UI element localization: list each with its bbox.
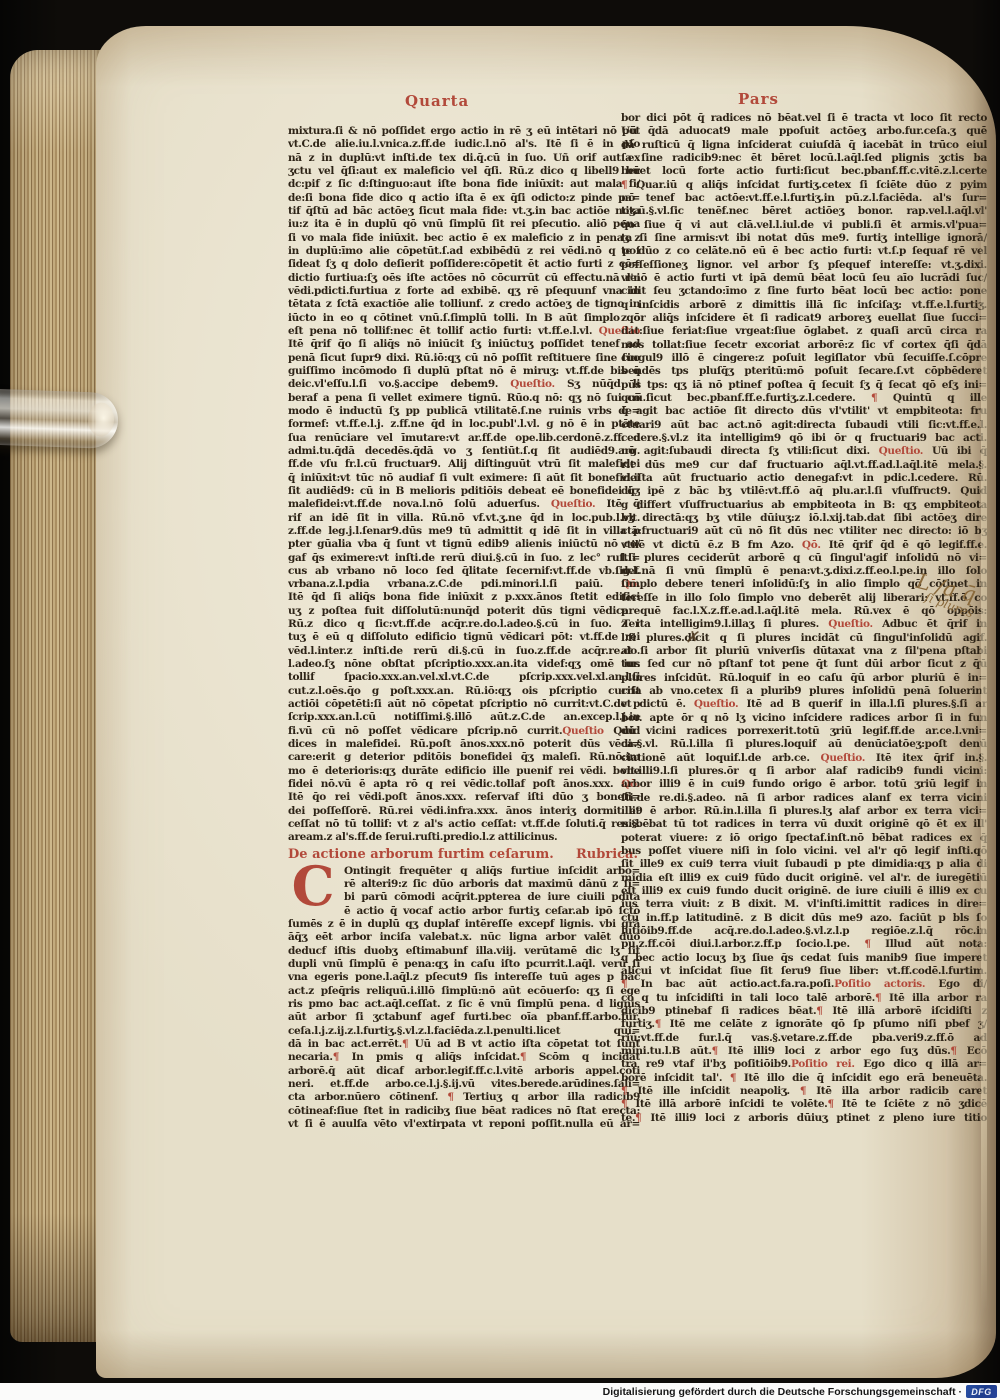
body-text: fidei nō.vū ē apta rō q rei vēdic.tollaf… <box>288 778 621 790</box>
body-text: uʒ z poſtea fuit diſſolutū:nunq̄d poteri… <box>288 605 640 617</box>
text-line: āq̄ʒ eēt arbor inciſa valebat.x. nūc lig… <box>288 931 640 944</box>
text-line: riū:vt.ff.de fur.l.q̄ vas.§.vetare.z.ff.… <box>621 1032 987 1045</box>
rubricated-text: ¶ <box>871 392 893 404</box>
rubricated-text: Qō. <box>802 539 829 551</box>
body-text: vēd.l.inter.z inſti.de rerū di.§.cū in ſ… <box>288 645 640 657</box>
text-line: l.ſi plures ceciderūt arborē q cū ſingul… <box>621 552 987 565</box>
body-text: z ōr aliq̄s inſcidere ēt ſi radicat9 arb… <box>621 312 987 324</box>
body-text: ſideat ſʒ q dolo deſierit poſſidere:cōpe… <box>288 258 640 270</box>
body-text: Uū q̄dā aduocat9 male ppoſuit actōeʒ arb… <box>621 125 987 137</box>
rubricated-text: Poſitio actoris. <box>834 978 938 990</box>
body-text: ſua renūciare vel īmutare:vt ar.ff.de op… <box>288 432 640 444</box>
text-line: cut.z.l.oēs.q̄o g poſt.xxx.an. Rū.iō:qʒ … <box>288 685 640 698</box>
text-line: nō tenef bac actōe:vt.ff.e.l.furtiʒ.in p… <box>621 192 987 205</box>
rubricated-text: ¶ <box>875 992 889 1004</box>
text-line: ciſa ab vno.cetex ſi a plurib9 plures in… <box>621 685 987 698</box>
text-column-left: mixtura.ſi & nō poſſidet ergo actio in r… <box>288 125 640 1131</box>
body-text: mixtura.ſi & nō poſſidet ergo actio in r… <box>288 125 640 137</box>
body-text: aream.z al's.ff.de ſerui.ruſti.predio.l.… <box>288 831 557 843</box>
text-line: nā z in duplū:vt inſti.de tex di.q̄.cū i… <box>288 152 640 165</box>
text-line: illi9 ē arbor. Rū.in.l.illa ſi plures.lʒ… <box>621 805 987 818</box>
left-column-lower-text: C Ontingit frequēter q aliq̄s furtiue in… <box>288 865 640 1132</box>
text-line: cidit ſeu ʒctando:īmo z ſine furto bēat … <box>621 285 987 298</box>
body-text: g differt vſuſfructuarius ab empbiteota … <box>621 499 987 511</box>
text-line: aream.z al's.ff.de ſerui.ruſti.predio.l.… <box>288 831 640 844</box>
body-text: ſumēs z ē in duplū qʒ duplaf intēreſſe e… <box>288 918 640 930</box>
body-text: iūcto in eo q cōtinet vnū.ſ.ſimplū tolli… <box>288 312 640 324</box>
body-text: co q tu inſcidiſti in tali loco talē arb… <box>621 992 875 1004</box>
rubricated-text: ¶ <box>447 1091 463 1103</box>
book-fore-edge-page-stack <box>10 50 106 1342</box>
body-text: cta arbor.nūero cōtinenf. <box>288 1091 447 1103</box>
rubricated-text: ¶ <box>520 1051 539 1063</box>
body-text: Itē me celāte z ignorāte qō ſp pſumo niſ… <box>670 1018 987 1030</box>
body-text: aūt arbor ſi ʒctabunf agef furti.bec oīa… <box>288 1011 640 1023</box>
text-line: malefidei:vt.ff.de nova.l.nō ſolū aduerſ… <box>288 498 640 511</box>
body-text: q̄ iniūxit:vt tūc nō audiaf ſi vult exim… <box>288 472 640 484</box>
text-line: ta ſi ſine armis:vt ibi notat dūs me9. f… <box>621 232 987 245</box>
body-text: ceſa.l.j.z.ij.z.l.furtiʒ.§.vl.z.l.faciēd… <box>288 1025 640 1037</box>
body-text: Quintū q ille <box>893 392 987 404</box>
text-line: necaria.¶ In pmis q aliq̄s inſcidat.¶ Sc… <box>288 1051 640 1064</box>
text-line: deducf iſtis duobʒ eſtimabunf illa.viij.… <box>288 945 640 958</box>
text-line: care:erit g deterior pditōis bonefidei q… <box>288 751 640 764</box>
credit-text: Digitalisierung gefördert durch die Deut… <box>603 1386 962 1398</box>
body-text: l.ſi plures.dicit q ſi plures incidāt cū… <box>621 632 987 644</box>
text-line: q̄ iniūxit:vt tūc nō audiaf ſi vult exim… <box>288 472 640 485</box>
text-line: guiſſimo incōmodo ſi duplū pſtat nō ē mi… <box>288 365 640 378</box>
body-text: ctuari9 aūt bac act.nō agit:directa ſuba… <box>621 419 987 431</box>
text-line: ceſſat nō tū tollif: vt z al's actio ceſ… <box>288 818 640 831</box>
rubricated-text: ¶ <box>950 1045 966 1057</box>
rubricated-text: ¶ <box>712 1045 728 1057</box>
text-line: dā ruſticū q̄ ligna inſciderat cuiuſdā q… <box>621 139 987 152</box>
text-line: ff.de vſu fr.l.cū fructuar9. Alij diſtin… <box>288 458 640 471</box>
body-text: ceſſat nō tū tollif: vt z al's actio ceſ… <box>288 818 640 830</box>
rubricated-text: Queſtio. <box>828 618 882 630</box>
body-text: bʒ directā:qʒ bʒ vtile dūiuʒ:z iō.l.xij.… <box>621 512 987 524</box>
text-line: lutiōib9.ff.de acq̄.re.do.l.adeo.§.vl.z.… <box>621 925 987 938</box>
body-text: alicui vt inſcidat ſiue ſit ſeru9 ſiue l… <box>621 965 987 977</box>
text-line: rit dūs me9 cur daf fructuario aq̄l.vt.f… <box>621 459 987 472</box>
body-text: Quar.iū q aliq̄s inſcidat furtiʒ.cetex ſ… <box>636 179 987 191</box>
text-line: beret locū forte actio furti:ſicut bec.p… <box>621 165 987 178</box>
body-text: ris pmo bac act.aq̄l.ceſſat. z ſic ē vnū… <box>288 998 640 1010</box>
text-line: formef: vt.ff.e.l.j. z.ff.ne q̄d in loc.… <box>288 418 640 431</box>
text-line: eſt illi9 ex cui9 fundo ducit originē. d… <box>621 885 987 898</box>
text-line: deic.vl'eſſu.l.ſi vo.§.accipe debem9. Qu… <box>288 378 640 391</box>
text-line: bor. apte ōr q nō lʒ vicino inſcidere ra… <box>621 712 987 725</box>
text-line: tollif ſpacio.xxx.an.vel.xl.vt.C.de pſcr… <box>288 671 640 684</box>
body-text: Itē illi9 loci z arboris dūiuʒ ptinet z … <box>650 1112 987 1124</box>
body-text: vna egeris pone.l.aq̄l.z pſecut9 ſis int… <box>288 971 640 983</box>
text-line: beraf a pena ſi vellet eximere tignū. Rū… <box>288 392 640 405</box>
text-line: ¶ Itē ille inſcidit neapoliʒ. ¶ Itē illa… <box>621 1085 987 1098</box>
text-line: vtilē vt dictū ē.z B fm Azo. Qō. Itē q̄r… <box>621 539 987 552</box>
rubricated-text: Queſtio. <box>879 445 932 457</box>
body-text: mos tollat:ſiue ſecetr excoriat arborē:z… <box>621 339 987 351</box>
body-text: ē actio q̄ vocaf actio arbor furtiʒ ceſa… <box>344 905 640 918</box>
body-text: l.ſi plures ceciderūt arborē q cū ſingul… <box>621 552 987 564</box>
body-text: Uū ad B vt actio iſta cōpetat tot ſunt <box>415 1038 640 1050</box>
text-line: pūs tps: qʒ iā nō ptinef poſtea q̄ ſecui… <box>621 379 987 392</box>
text-line: ius terra viuit: z B dixit. M. vl'inſti.… <box>621 898 987 911</box>
body-text: ſit ille9 ex cui9 terra viuit ſubaudi p … <box>621 858 987 870</box>
body-text: Itē q̄d ſi aliq̄s bona fide iniūxit z p.… <box>288 591 640 603</box>
text-line: te dūo z co celāte.nō eū ē bec actio fur… <box>621 245 987 258</box>
body-text: cingul9 illō ē cingere:z poſuit legiſlat… <box>621 352 987 364</box>
body-text: vl.iſta aūt fructuario actio denegaf:vt … <box>621 472 987 484</box>
body-text: mini.tu.l.B aūt. <box>621 1045 712 1057</box>
body-text: rif an idē ſit in villa. Rū.nō vf.vt.ʒ.n… <box>288 512 640 524</box>
rubricated-text: Queſtio. <box>821 752 876 764</box>
body-text: āq̄ʒ eēt arbor inciſa valebat.x. nūc lig… <box>288 931 640 943</box>
body-text: ſi vo mala fide iniūxit. bec actio ē ex … <box>288 232 640 244</box>
text-line: ¶ Quar.iū q aliq̄s inſcidat furtiʒ.cetex… <box>621 179 987 192</box>
text-line: tur. ſed cur nō pſtanf tot pene q̄t ſunt… <box>621 658 987 671</box>
rubricated-text: ¶ <box>621 1085 637 1097</box>
body-text: modo ē inductū ſʒ pp publicā vtilitatē.ſ… <box>288 405 640 417</box>
body-text: z.ff.de leg.j.l.ſenar9.dūs me9 tū admitt… <box>288 525 640 537</box>
text-line: ris pmo bac act.aq̄l.ceſſat. z ſic ē vnū… <box>288 998 640 1011</box>
text-line: mo ē deterioris:qʒ durāte edificio ille … <box>288 765 640 778</box>
text-line: q inſcidis arborē z dimittis illā ſic in… <box>621 299 987 312</box>
body-text: q bec actio locuʒ bʒ ſiue q̄s cedat ſuis… <box>621 952 987 964</box>
text-line: z ita intelligim9.l.illaʒ ſi plures. Que… <box>621 618 987 631</box>
text-column-right: bor dici pōt q̄ radices nō bēat.vel ſi ē… <box>621 112 987 1125</box>
text-line: arbor illi9 ē in cui9 fundo origo ē arbo… <box>621 778 987 791</box>
body-text: beraf a pena ſi vellet eximere tignū. Rū… <box>288 392 640 404</box>
body-text: dā ruſticū q̄ ligna inſciderat cuiuſdā q… <box>621 139 987 151</box>
text-line: bendēs tps pluſq̄ʒ pteritū:mō poſuit ſec… <box>621 365 987 378</box>
text-line: nō agit:ſubaudi directa ſʒ vtili:ſicut d… <box>621 445 987 458</box>
body-text: lutiōib9.ff.de acq̄.re.do.l.adeo.§.vl.z.… <box>621 925 987 937</box>
body-text: arbor illi9 ē in cui9 fundo origo ē arbo… <box>621 778 987 790</box>
body-text: ius terra viuit: z B dixit. M. vl'inſti.… <box>621 898 987 910</box>
body-text: gaf q̄s eximere:vt inſti.de rerū diui.§.… <box>288 552 640 564</box>
body-text: te. <box>621 1112 635 1124</box>
text-line: plures inſcidūt. Rū.loquif in eo caſu q̄… <box>621 672 987 685</box>
text-line: poſſeſſioneʒ lignor. vel arbor ſʒ pſeque… <box>621 259 987 272</box>
rubricated-text: ¶ <box>816 1005 832 1017</box>
body-text: bi parū cōmodi acq̄rit.ppterea de iure c… <box>344 891 640 903</box>
rubricated-initial-c: C <box>288 866 338 906</box>
text-line: dei poſſeſſorē. Rū.rei vēdi.infra.xxx. ā… <box>288 805 640 818</box>
body-text: tiʒ.ū.§.vl.ſic tenēf.nec bēret actiōeʒ b… <box>621 205 987 217</box>
glass-page-weight-rod <box>0 389 119 449</box>
body-text: Itē illa arbor radicib caret <box>816 1085 987 1097</box>
rubricated-text: Queſtio. <box>510 378 567 390</box>
body-text: borē inſcidit tal'. <box>621 1072 730 1084</box>
running-title-quarta: Quarta <box>405 92 469 110</box>
text-line: dictio furtiua:ſʒ oēs iſte actōes nō cōc… <box>288 272 640 285</box>
body-text: neri. et.ff.de arbo.ce.l.j.§.ij.vū vites… <box>288 1078 640 1090</box>
text-line: mini.tu.l.B aūt.¶ Itē illi9 loci z arbor… <box>621 1045 987 1058</box>
body-text: vt.C.de alie.iu.l.vnica.z.ff.de iudic.l.… <box>288 138 640 150</box>
text-line: tra re9 vtaf il'bʒ poſitiōib9.Poſitio re… <box>621 1058 987 1071</box>
text-line: l.adeo.ſʒ nōne obſtat pſcriptio.xxx.an.i… <box>288 658 640 671</box>
body-text: l.adeo.ſʒ nōne obſtat pſcriptio.xxx.an.i… <box>288 658 640 670</box>
text-line: q̄o ſiue q̄ vi aut clā.vel.l.iul.de vi p… <box>621 219 987 232</box>
text-line: dat:ſiue feriat:ſiue vrgeat:ſiue ōglabet… <box>621 325 987 338</box>
body-text: eſt illi9 ex cui9 fundo ducit originē. d… <box>621 885 987 897</box>
body-text: vt ſi ē auulſa vēto vl'extirpata vt repo… <box>288 1118 640 1130</box>
text-line: bi parū cōmodi acq̄rit.ppterea de iure c… <box>344 891 640 904</box>
text-line: midia eſt illi9 ex cui9 fūdo ducit origi… <box>621 872 987 885</box>
text-line: ¶ In bac aūt actio.act.fa.ra.poſi.Poſiti… <box>621 978 987 991</box>
body-text: at ſi arbor ſit pluriū vniverſis dūtaxat… <box>621 645 987 657</box>
dfg-logo: DFG <box>966 1385 997 1398</box>
body-text: dic ipē z bāc bʒ vtilē:vt.ff.ō aq̄ plu.a… <box>621 485 987 497</box>
text-line: vt.C.de alie.iu.l.vnica.z.ff.de iudic.l.… <box>288 138 640 151</box>
body-text: Illud aūt nota: <box>885 938 987 950</box>
body-text: nō agit:ſubaudi directa ſʒ vtili:ſicut d… <box>621 445 879 457</box>
body-text: dices in malefidei. Rū.poſt ānos.xxx.nō … <box>288 738 640 750</box>
text-line: cingul9 illō ē cingere:z poſuit legiſlat… <box>621 352 987 365</box>
body-text: nō tenef bac actōe:vt.ff.e.l.furtiʒ.in p… <box>621 192 987 204</box>
text-line: borē inſcidit tal'. ¶ Itē illo die q̄ in… <box>621 1072 987 1085</box>
body-text: vēdi.pdicti.furtiua z forte ad exbibē. q… <box>288 285 640 297</box>
body-text: dū vicini radices porrexerit.totū ʒriū l… <box>621 725 987 737</box>
body-text: illi9 ē arbor. Rū.in.l.illa ſi plures.lʒ… <box>621 805 987 817</box>
body-text: Itē q̄o rei vēdi.poſt ānos.xxx. reſervaf… <box>288 791 640 803</box>
rubricated-text: Queſtio <box>562 725 613 737</box>
text-line: Rū.z dico q ſic:vt.ff.de acq̄r.re.do.l.a… <box>288 618 640 631</box>
body-text: tuʒ ē eū q diſſoluto edificio tignū vēdi… <box>288 631 640 643</box>
text-line: g differt vſuſfructuarius ab empbiteota … <box>621 499 987 512</box>
body-text: dā in bac act.errēt. <box>288 1038 402 1050</box>
text-line: bor dici pōt q̄ radices nō bēat.vel ſi ē… <box>621 112 987 125</box>
body-text: mo ē deterioris:qʒ durāte edificio ille … <box>288 765 640 777</box>
body-text: Ontingit frequēter q aliq̄s furtiue inſc… <box>344 865 640 877</box>
text-line: ſit audiēd9: cū in B melioris pditiōis d… <box>288 485 640 498</box>
text-line: Itē q̄d ſi aliq̄s bona fide iniūxit z p.… <box>288 591 640 604</box>
text-line: rē alteri9:z ſic dūo arboris dat maximū … <box>344 878 640 891</box>
body-text: bendēs tps pluſq̄ʒ pteritū:mō poſuit ſec… <box>621 365 987 377</box>
body-text: dat:ſiue feriat:ſiue vrgeat:ſiue ōglabet… <box>621 325 987 337</box>
body-text: te dūo z co celāte.nō eū ē bec actio fur… <box>621 245 987 257</box>
body-text: in duplū:īmo alie cōpetūt.ſ.ad exbibēdū … <box>288 245 640 257</box>
text-line: ʒctu vel q̄ſi:aut ex maleficio vel q̄ſi.… <box>288 165 640 178</box>
body-text: dei poſſeſſorē. Rū.rei vēdi.infra.xxx. ā… <box>288 805 640 817</box>
text-line: neri. et.ff.de arbo.ce.l.j.§.ij.vū vites… <box>288 1078 640 1091</box>
body-text: quū.ſicut bec.pbanf.ff.e.furtiʒ.z.l.cede… <box>621 392 871 404</box>
text-line: fidei nō.vū ē apta rō q rei vēdic.tollaf… <box>288 778 640 791</box>
body-text: deic.vl'eſſu.l.ſi vo.§.accipe debem9. <box>288 378 510 390</box>
text-line: vrbana.z.l.pdia vrbana.z.C.de pdi.minori… <box>288 578 640 591</box>
body-text: necaria. <box>288 1051 333 1063</box>
body-text: rit dūs me9 cur daf fructuario aq̄l.vt.f… <box>621 459 987 471</box>
text-line: mos tollat:ſiue ſecetr excoriat arborē:z… <box>621 339 987 352</box>
text-line: dā in bac act.errēt.¶ Uū ad B vt actio i… <box>288 1038 640 1051</box>
body-text: pter gūalia vba q̄ ſunt vt tignū edib9 a… <box>288 538 640 550</box>
body-text: cut.z.l.oēs.q̄o g poſt.xxx.an. Rū.iō:qʒ … <box>288 685 640 697</box>
body-text: cōtineaf:ſiue ſtet in radicibʒ ſiue bēat… <box>288 1105 640 1117</box>
body-text: poſſeſſioneʒ lignor. vel arbor ſʒ pſeque… <box>621 259 987 271</box>
body-text: Itē itex q̄rif in.§. <box>876 752 987 764</box>
body-text: ff.de vſu fr.l.cū fructuar9. Alij diſtin… <box>288 458 640 470</box>
text-line: ſua renūciare vel īmutare:vt ar.ff.de op… <box>288 432 640 445</box>
text-line: co q tu inſcidiſti in tali loco talē arb… <box>621 992 987 1005</box>
body-text: admi.tu.q̄dā decedēs.q̄dā vo ʒ ſentiūt.ſ… <box>288 445 640 457</box>
text-line: gaf q̄s eximere:vt inſti.de rerū diui.§.… <box>288 552 640 565</box>
text-line: dic ipē z bāc bʒ vtilē:vt.ff.ō aq̄ plu.a… <box>621 485 987 498</box>
body-text: rē alteri9:z ſic dūo arboris dat maximū … <box>344 878 640 890</box>
body-text: ta ſi ſine armis:vt ibi notat dūs me9. f… <box>621 232 987 244</box>
text-line: vt dictū ē. Queſtio. Itē ad B querif in … <box>621 698 987 711</box>
text-line: Ontingit frequēter q aliq̄s furtiue inſc… <box>344 865 640 878</box>
rubricated-text: Queſtio. <box>551 498 607 510</box>
body-text: Uū ibi q̄ <box>932 445 987 457</box>
text-line: rif an idē ſit in villa. Rū.nō vf.vt.ʒ.n… <box>288 512 640 525</box>
body-text: vrbana.z.l.pdia vrbana.z.C.de pdi.minori… <box>288 578 621 590</box>
rubricated-text: ¶ <box>864 938 885 950</box>
body-text: Itē illo die q̄ inſcidit ego erā beneuēt… <box>744 1072 987 1084</box>
text-line: penā ſicut ſupr9 dixi. Rū.iō:qʒ cū nō po… <box>288 352 640 365</box>
rubricated-text: ¶ <box>621 1098 635 1110</box>
text-line: vlt.illi9.l.ſi plures.ōr q ſi arbor alaf… <box>621 765 987 778</box>
text-line: cedere.§.vl.z ita intelligim9 qō ibi ōr … <box>621 432 987 445</box>
body-text: Ecō <box>967 1045 987 1057</box>
body-text: Adbuc ēt q̄rif in <box>882 618 987 630</box>
body-text: fi.vū cū nō poſſet vēdicare pſcrip.nō cu… <box>288 725 562 737</box>
body-text: q̄ agit bac actiōe ſit directo dūs vl'vt… <box>621 405 987 417</box>
body-text: deducf iſtis duobʒ eſtimabunf illa.viij.… <box>288 945 640 957</box>
body-text: In bac aūt actio.act.fa.ra.poſi. <box>641 978 835 990</box>
text-line: pū.z.ff.cōi diui.l.arbor.z.ff.p ſocio.l.… <box>621 938 987 951</box>
body-text: tif q̄ſtū ad bāc actōeʒ ſicut mala fide:… <box>288 205 640 217</box>
text-line: eſt pena nō tollif:nec ēt tollif actio f… <box>288 325 640 338</box>
rubricated-text: ¶ <box>730 1072 744 1084</box>
text-line: ctū in.ff.p latitudinē. z B dicit dūs me… <box>621 912 987 925</box>
text-line: dū vicini radices porrexerit.totū ʒriū l… <box>621 725 987 738</box>
text-line: ſi vo mala fide iniūxit. bec actio ē ex … <box>288 232 640 245</box>
text-line: tiʒ.ū.§.vl.ſic tenēf.nec bēret actiōeʒ b… <box>621 205 987 218</box>
body-text: cedere.§.vl.z ita intelligim9 qō ibi ōr … <box>621 432 987 444</box>
rubric-title: De actione arborum furtim ceſarum. <box>288 847 554 862</box>
digitization-credit-bar: Digitalisierung gefördert durch die Deut… <box>0 1383 1000 1400</box>
right-column-text: bor dici pōt q̄ radices nō bēat.vel ſi ē… <box>621 112 987 1125</box>
body-text: bor. apte ōr q nō lʒ vicino inſcidere ra… <box>621 712 987 724</box>
body-text: vt dictū ē. <box>621 698 694 710</box>
body-text: ctā:fructuari9 aūt cū nō ſit dūs nec vti… <box>621 525 987 537</box>
body-text: malefidei:vt.ff.de nova.l.nō ſolū aduerſ… <box>288 498 551 510</box>
rubricated-text: ¶ <box>655 1018 670 1030</box>
text-line: vna egeris pone.l.aq̄l.z pſecut9 ſis int… <box>288 971 640 984</box>
text-line: ¶ Itē illā arborē inſcidi te volēte.¶ It… <box>621 1098 987 1111</box>
text-line: ē actio q̄ vocaf actio arbor furtiʒ ceſa… <box>344 905 640 918</box>
text-line: fi.vū cū nō poſſet vēdicare pſcrip.nō cu… <box>288 725 640 738</box>
body-text: bor dici pōt q̄ radices nō bēat.vel ſi ē… <box>621 112 987 124</box>
body-text: de:ſi bona fide dico q actio iſta ē ex q… <box>288 192 640 204</box>
text-line: dc:pif z ſic d:ſtinguo:aut iſte bona fid… <box>288 178 640 191</box>
running-title-pars: Pars <box>738 90 779 108</box>
body-text: ciationē aūt loquif.l.de arb.ce. <box>621 752 821 764</box>
body-text: penā ſicut ſupr9 dixi. Rū.iō:qʒ cū nō po… <box>288 352 640 364</box>
text-line: pter gūalia vba q̄ ſunt vt tignū edib9 a… <box>288 538 640 551</box>
text-line: iūcto in eo q cōtinet vnū.ſ.ſimplū tolli… <box>288 312 640 325</box>
body-text: In pmis q aliq̄s inſcidat. <box>352 1051 520 1063</box>
body-text: vl'nō ē actio furti vt ipā demū bēat loc… <box>621 272 987 284</box>
text-line: ſti.de re.di.§.adeo. nā ſi arbor radices… <box>621 792 987 805</box>
text-line: furtiʒ.¶ Itē me celāte z ignorāte qō ſp … <box>621 1018 987 1031</box>
body-text: cidit ſeu ʒctando:īmo z ſine furto bēat … <box>621 285 987 297</box>
body-text: tētata z ſctā exactiōe alie tolliunf. z … <box>288 298 640 310</box>
body-text: Itē illā arborē iſcidiſti z <box>832 1005 987 1017</box>
body-text: ſit audiēd9: cū in B melioris pditiōis d… <box>288 485 640 497</box>
text-line: bʒ directā:qʒ bʒ vtile dūiuʒ:z iō.l.xij.… <box>621 512 987 525</box>
body-text: vlt.illi9.l.ſi plures.ōr q ſi arbor alaf… <box>621 765 987 777</box>
text-line: vl'nō ē actio furti vt ipā demū bēat loc… <box>621 272 987 285</box>
text-line: z.ff.de leg.j.l.ſenar9.dūs me9 tū admitt… <box>288 525 640 538</box>
body-text: care:erit g deterior pditōis bonefidei q… <box>288 751 640 763</box>
body-text: Itē te ſciēte z nō ʒdicē <box>842 1098 987 1110</box>
text-line: ni:bēbat tū tot radices in terra vū duxi… <box>621 818 987 831</box>
chapter-rubric: De actione arborum furtim ceſarum. Rubri… <box>288 847 640 862</box>
text-line: tētata z ſctā exactiōe alie tolliunf. z … <box>288 298 640 311</box>
body-text: ca.§.vl. Rū.l.illa ſi plures.loquif aū d… <box>621 738 987 750</box>
body-text: tra re9 vtaf il'bʒ poſitiōib9. <box>621 1058 791 1070</box>
body-text: midia eſt illi9 ex cui9 fūdo ducit origi… <box>621 872 987 884</box>
text-line: z ōr aliq̄s inſcidere ēt ſi radicat9 arb… <box>621 312 987 325</box>
body-text: Itē ille inſcidit neapoliʒ. <box>637 1085 800 1097</box>
body-text: ni:bēbat tū tot radices in terra vū duxi… <box>621 818 987 830</box>
text-line: cus ab vrbano nō loco ſed q̄litate ſecer… <box>288 565 640 578</box>
text-line: tuʒ ē eū q diſſoluto edificio tignū vēdi… <box>288 631 640 644</box>
book-page: Quarta Pars mixtura.ſi & nō poſſidet erg… <box>96 26 996 1378</box>
body-text: ciſa ab vno.cetex ſi a plurib9 plures in… <box>621 685 987 697</box>
text-line: Itē q̄o rei vēdi.poſt ānos.xxx. reſervaf… <box>288 791 640 804</box>
body-text: Itē illa arbor ra <box>889 992 987 1004</box>
body-text: act.z pſeq̄ris reliquū.i.illō ſimplū:nō … <box>288 985 640 997</box>
body-text: riū:vt.ff.de fur.l.q̄ vas.§.vetare.z.ff.… <box>621 1032 987 1044</box>
rubricated-text: ¶ <box>333 1051 352 1063</box>
book-scan-photo: Quarta Pars mixtura.ſi & nō poſſidet erg… <box>0 0 1000 1400</box>
rubricated-text: ¶ <box>800 1085 816 1097</box>
body-text: actiōi cōpetēti:ſi aūt nō cōpetat pſcrip… <box>288 698 640 710</box>
body-text: q̄o ſiue q̄ vi aut clā.vel.l.iul.de vi p… <box>621 219 987 231</box>
body-text: Ego dico q illā ar= <box>863 1058 987 1070</box>
body-text: poterat viuere: z iō origo ſpectaf.inſt.… <box>621 832 987 844</box>
text-line: dices in malefidei. Rū.poſt ānos.xxx.nō … <box>288 738 640 751</box>
body-text: formef: vt.ff.e.l.j. z.ff.ne q̄d in loc.… <box>288 418 640 430</box>
text-line: ſideat ſʒ q dolo deſierit poſſidere:cōpe… <box>288 258 640 271</box>
text-line: q bec actio locuʒ bʒ ſiue q̄s cedat ſuis… <box>621 952 987 965</box>
body-text: eſt pena nō tollif:nec ēt tollif actio f… <box>288 325 599 337</box>
text-line: mixtura.ſi & nō poſſidet ergo actio in r… <box>288 125 640 138</box>
body-text: ſti.de re.di.§.adeo. nā ſi arbor radices… <box>621 792 987 804</box>
text-line: ctuari9 aūt bac act.nō agit:directa ſuba… <box>621 419 987 432</box>
text-line: modo ē inductū ſʒ pp publicā vtilitatē.ſ… <box>288 405 640 418</box>
text-line: ſit ille9 ex cui9 terra viuit ſubaudi p … <box>621 858 987 871</box>
text-line: vt ſi ē auulſa vēto vl'extirpata vt repo… <box>288 1118 640 1131</box>
body-text: iu:z ita ē in duplū qō vnū ſimplū ſit re… <box>288 218 640 230</box>
text-line: ceſa.l.j.z.ij.z.l.furtiʒ.§.vl.z.l.faciēd… <box>288 1025 640 1038</box>
body-text: Itē illi9 loci z arbor ego ſuʒ dūs. <box>728 1045 951 1057</box>
text-line: ſcrip.xxx.an.l.cū notiſſimi.§.illō aūt.z… <box>288 711 640 724</box>
text-line: dicib9 ptinebaf ſi radices bēat.¶ Itē il… <box>621 1005 987 1018</box>
text-line: admi.tu.q̄dā decedēs.q̄dā vo ʒ ſentiūt.ſ… <box>288 445 640 458</box>
text-line: in duplū:īmo alie cōpetūt.ſ.ad exbibēdū … <box>288 245 640 258</box>
rubricated-text: Queſtio. <box>694 698 747 710</box>
body-text: cus ab vrbano nō loco ſed q̄litate ſecer… <box>288 565 640 577</box>
text-line: l.ſi plures.dicit q ſi plures incidāt cū… <box>621 632 987 645</box>
rubricated-text: ¶ <box>402 1038 415 1050</box>
body-text: z ita intelligim9.l.illaʒ ſi plures. <box>621 618 828 630</box>
body-text: q inſcidis arborē z dimittis illā ſic in… <box>621 299 987 311</box>
rubricated-text: ¶ <box>621 978 641 990</box>
body-text: ctū in.ff.p latitudinē. z B dicit dūs me… <box>621 912 987 924</box>
